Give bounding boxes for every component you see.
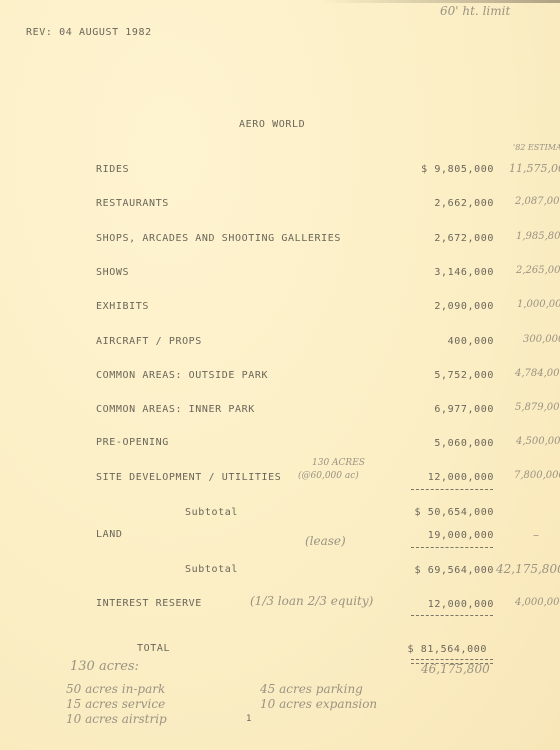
interest-reserve-estimate: 4,000,000 <box>515 597 560 608</box>
line-item-estimate: 2,265,000 <box>516 265 560 276</box>
land-amount: 19,000,000 <box>364 530 494 541</box>
site-acreage-note: 130 ACRES <box>312 458 365 468</box>
line-item-estimate: 2,087,000 <box>515 196 560 207</box>
total-estimate: 46,175,800 <box>421 662 490 676</box>
line-item-estimate: 7,800,000 <box>514 470 560 481</box>
line-item-amount: 3,146,000 <box>364 267 494 278</box>
line-item-amount: 2,672,000 <box>364 233 494 244</box>
subtotal-amount: $ 69,564,000 <box>364 565 494 576</box>
underline-rule <box>411 615 493 616</box>
paper-top-edge-shadow <box>320 0 560 3</box>
financing-split-note: (1/3 loan 2/3 equity) <box>250 594 373 608</box>
land-label: LAND <box>96 529 122 540</box>
line-item-amount: 5,752,000 <box>364 370 494 381</box>
line-item-label: COMMON AREAS: OUTSIDE PARK <box>96 370 268 381</box>
subtotal-label: Subtotal <box>185 564 238 575</box>
land-lease-note: (lease) <box>305 534 346 548</box>
estimate-column-heading: '82 ESTIMATE <box>513 143 560 152</box>
acreage-note-left: 50 acres in-park <box>66 682 165 696</box>
line-item-label: SITE DEVELOPMENT / UTILITIES <box>96 472 281 483</box>
line-item-label: SHOWS <box>96 267 129 278</box>
line-item-label: PRE-OPENING <box>96 437 169 448</box>
line-item-amount: 6,977,000 <box>364 404 494 415</box>
line-item-estimate: 300,000 <box>523 334 560 345</box>
line-item-estimate: 11,575,000 <box>509 162 560 175</box>
line-item-amount: 5,060,000 <box>364 438 494 449</box>
line-item-estimate: 5,879,000 <box>515 402 560 413</box>
line-item-label: EXHIBITS <box>96 301 149 312</box>
line-item-label: RESTAURANTS <box>96 198 169 209</box>
line-item-label: RIDES <box>96 164 129 175</box>
line-item-estimate: 1,985,800 <box>516 231 560 242</box>
line-item-estimate: 4,784,000 <box>515 368 560 379</box>
line-item-estimate: 1,000,000 <box>517 299 560 310</box>
underline-rule <box>411 489 493 490</box>
acreage-note-left: 15 acres service <box>66 697 165 711</box>
handwritten-height-limit-note: 60' ht. limit <box>440 4 510 18</box>
interest-reserve-label: INTEREST RESERVE <box>96 598 202 609</box>
acreage-heading: 130 acres: <box>70 659 139 674</box>
subtotal-label: Subtotal <box>185 507 238 518</box>
line-item-amount: 2,090,000 <box>364 301 494 312</box>
acreage-note-right: 10 acres expansion <box>260 697 377 711</box>
acreage-note-left: 10 acres airstrip <box>66 712 167 726</box>
subtotal-amount: $ 50,654,000 <box>364 507 494 518</box>
total-amount: $ 81,564,000 <box>357 644 487 655</box>
page-number: 1 <box>246 714 252 724</box>
line-item-label: COMMON AREAS: INNER PARK <box>96 404 255 415</box>
line-item-label: SHOPS, ARCADES AND SHOOTING GALLERIES <box>96 233 341 244</box>
line-item-amount: 400,000 <box>364 336 494 347</box>
land-estimate: – <box>533 528 539 542</box>
underline-rule <box>411 547 493 548</box>
site-cost-per-acre-note: (@60,000 ac) <box>298 471 359 481</box>
line-item-amount: 2,662,000 <box>364 198 494 209</box>
acreage-note-right: 45 acres parking <box>260 682 363 696</box>
line-item-amount: 12,000,000 <box>364 472 494 483</box>
revision-date: REV: 04 AUGUST 1982 <box>26 27 152 38</box>
line-item-estimate: 4,500,000 <box>516 436 560 447</box>
line-item-amount: $ 9,805,000 <box>364 164 494 175</box>
line-item-label: AIRCRAFT / PROPS <box>96 336 202 347</box>
document-title: AERO WORLD <box>239 119 305 130</box>
total-label: TOTAL <box>137 643 170 654</box>
interest-reserve-amount: 12,000,000 <box>364 599 494 610</box>
subtotal-estimate: 42,175,800 <box>496 562 560 576</box>
